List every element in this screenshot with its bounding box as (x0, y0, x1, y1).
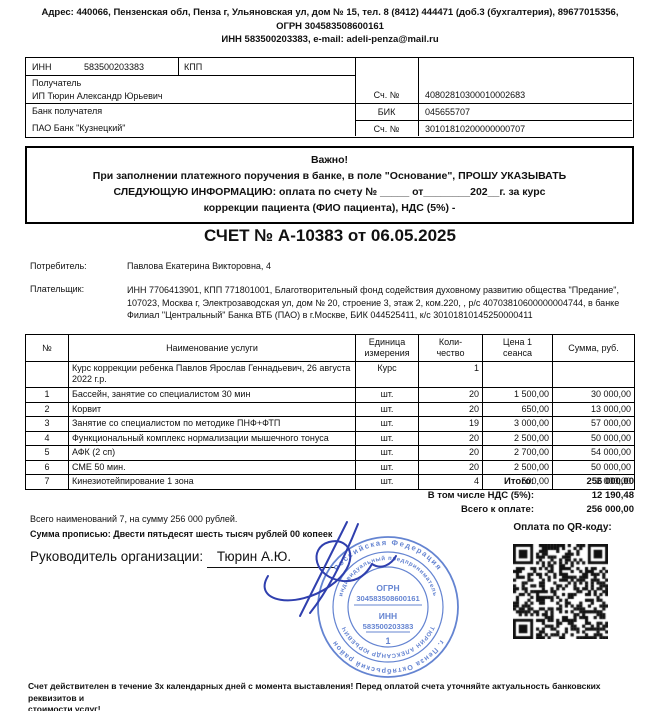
header-inn-line: ИНН 583500203383, e-mail: adeli-penza@ma… (0, 33, 660, 47)
cell-qty: 20 (419, 431, 483, 446)
svg-text:Российская Федерация: Российская Федерация (332, 538, 445, 573)
services-table-body: Курс коррекции ребенка Павлов Ярослав Ге… (26, 362, 635, 490)
header-qty: Коли- чество (419, 335, 483, 362)
notice-title: Важно! (33, 152, 626, 168)
divider (26, 75, 355, 76)
account-label-1: Сч. № (355, 90, 418, 100)
cell-num: 5 (26, 446, 69, 461)
cell-unit: шт. (356, 475, 419, 490)
cell-unit: шт. (356, 431, 419, 446)
vat-label: В том числе НДС (5%): (428, 490, 534, 504)
stamp-outer-bottom-text: г. Пенза Октябрьский район (330, 639, 447, 676)
invoice-title: СЧЕТ № А-10383 от 06.05.2025 (0, 226, 660, 246)
payer-value: ИНН 7706413901, КПП 771801001, Благотвор… (127, 284, 634, 322)
cell-sum (553, 362, 635, 388)
important-notice-box: Важно! При заполнении платежного поручен… (25, 146, 634, 224)
due-label: Всего к оплате: (461, 504, 534, 518)
table-row: 4Функциональный комплекс нормализации мы… (26, 431, 635, 446)
cell-unit: шт. (356, 460, 419, 475)
header-address-line: Адрес: 440066, Пензенская обл, Пенза г, … (0, 6, 660, 20)
footer-line: стоимости услуг! (28, 704, 634, 711)
stamp-outer-top-text: Российская Федерация (332, 538, 445, 573)
due-value: 256 000,00 (534, 504, 634, 518)
kpp-label: КПП (184, 62, 202, 72)
account-value-2: 30101810200000000707 (425, 124, 525, 134)
table-row: 1Бассейн, занятие со специалистом 30 мин… (26, 388, 635, 403)
cell-qty: 19 (419, 417, 483, 432)
cell-unit: шт. (356, 417, 419, 432)
notice-line: При заполнении платежного поручения в ба… (33, 168, 626, 184)
company-round-stamp: Российская Федерация г. Пенза Октябрьски… (314, 533, 462, 681)
cell-unit: шт. (356, 402, 419, 417)
document-header: Адрес: 440066, Пензенская обл, Пенза г, … (0, 6, 660, 47)
bik-value: 045655707 (425, 107, 470, 117)
items-summary-line: Всего наименований 7, на сумму 256 000 р… (30, 514, 237, 524)
cell-price (483, 362, 553, 388)
stamp-inner-top-text: индивидуальный предприниматель (338, 555, 438, 597)
header-name: Наименование услуги (69, 335, 356, 362)
stamp-ogrn-label: ОГРН (376, 583, 399, 593)
consumer-label: Потребитель: (30, 261, 87, 271)
recipient-label: Получатель (32, 78, 81, 88)
cell-num: 7 (26, 475, 69, 490)
stamp-inn-value: 583500203383 (363, 622, 414, 631)
inn-label: ИНН (32, 62, 51, 72)
cell-num (26, 362, 69, 388)
cell-name: Бассейн, занятие со специалистом 30 мин (69, 388, 356, 403)
cell-num: 3 (26, 417, 69, 432)
vat-value: 12 190,48 (534, 490, 634, 504)
invoice-document: Адрес: 440066, Пензенская обл, Пенза г, … (0, 0, 660, 711)
svg-text:ТЮРИН АЛЕКСАНДР ЮРЬЕВИЧ: ТЮРИН АЛЕКСАНДР ЮРЬЕВИЧ (341, 625, 434, 658)
account-label-2: Сч. № (355, 124, 418, 134)
amount-in-words: Сумма прописью: Двести пятьдесят шесть т… (30, 529, 332, 539)
cell-unit: шт. (356, 446, 419, 461)
total-row: Итого: 256 000,00 (428, 476, 634, 490)
stamp-outer-circle (318, 537, 458, 677)
table-row: 2Корвитшт.20650,0013 000,00 (26, 402, 635, 417)
footer-line: Счет действителен в течение 3х календарн… (28, 681, 634, 704)
cell-name: Функциональный комплекс нормализации мыш… (69, 431, 356, 446)
divider (178, 58, 179, 75)
total-label: Итого: (504, 476, 534, 490)
bank-requisites-table: ИНН 583500203383 КПП Получатель ИП Тюрин… (25, 57, 634, 138)
cell-price: 2 500,00 (483, 431, 553, 446)
table-row: 6СМЕ 50 мин.шт.202 500,0050 000,00 (26, 460, 635, 475)
cell-price: 1 500,00 (483, 388, 553, 403)
cell-price: 650,00 (483, 402, 553, 417)
divider (355, 120, 632, 121)
recipient-bank-name: ПАО Банк "Кузнецкий" (32, 123, 125, 133)
svg-text:индивидуальный предприниматель: индивидуальный предприниматель (338, 555, 438, 597)
consumer-value: Павлова Екатерина Викторовна, 4 (127, 261, 271, 271)
cell-sum: 57 000,00 (553, 417, 635, 432)
cell-price: 2 700,00 (483, 446, 553, 461)
services-header-row: № Наименование услуги Единица измерения … (26, 335, 635, 362)
header-sum: Сумма, руб. (553, 335, 635, 362)
table-row: Курс коррекции ребенка Павлов Ярослав Ге… (26, 362, 635, 388)
cell-name: Кинезиотейпирование 1 зона (69, 475, 356, 490)
cell-sum: 13 000,00 (553, 402, 635, 417)
director-name: Тюрин А.Ю. (207, 549, 335, 568)
stamp-number: 1 (385, 636, 390, 646)
svg-text:г. Пенза Октябрьский район: г. Пенза Октябрьский район (330, 639, 447, 676)
divider (418, 58, 419, 136)
header-num: № (26, 335, 69, 362)
total-value: 256 000,00 (534, 476, 634, 490)
cell-name: СМЕ 50 мин. (69, 460, 356, 475)
table-row: 3Занятие со специалистом по методике ПНФ… (26, 417, 635, 432)
cell-sum: 30 000,00 (553, 388, 635, 403)
cell-qty: 20 (419, 446, 483, 461)
cell-name: АФК (2 сп) (69, 446, 356, 461)
cell-name: Корвит (69, 402, 356, 417)
cell-price: 2 500,00 (483, 460, 553, 475)
cell-name: Занятие со специалистом по методике ПНФ+… (69, 417, 356, 432)
stamp-inn-label: ИНН (379, 611, 397, 621)
stamp-ogrn-value: 304583508600161 (356, 594, 420, 603)
cell-name: Курс коррекции ребенка Павлов Ярослав Ге… (69, 362, 356, 388)
account-value-1: 40802810300010002683 (425, 90, 525, 100)
divider (26, 103, 632, 104)
vat-row: В том числе НДС (5%): 12 190,48 (428, 490, 634, 504)
notice-line: коррекции пациента (ФИО пациента), НДС (… (33, 200, 626, 216)
due-row: Всего к оплате: 256 000,00 (428, 504, 634, 518)
validity-footer: Счет действителен в течение 3х календарн… (28, 681, 634, 711)
director-label: Руководитель организации: (30, 549, 203, 564)
recipient-bank-label: Банк получателя (32, 106, 102, 116)
bik-label: БИК (355, 107, 418, 117)
qr-code (513, 544, 608, 639)
table-row: 5АФК (2 сп)шт.202 700,0054 000,00 (26, 446, 635, 461)
cell-qty: 1 (419, 362, 483, 388)
stamp-mid-circle (333, 552, 443, 662)
header-ogrn-line: ОГРН 304583508600161 (0, 20, 660, 34)
header-unit: Единица измерения (356, 335, 419, 362)
cell-unit: Курс (356, 362, 419, 388)
cell-unit: шт. (356, 388, 419, 403)
payer-label: Плательщик: (30, 284, 84, 294)
qr-payment-label: Оплата по QR-коду: (505, 522, 620, 533)
director-signature-line: Руководитель организации: Тюрин А.Ю. (30, 549, 335, 568)
cell-num: 2 (26, 402, 69, 417)
cell-price: 3 000,00 (483, 417, 553, 432)
services-table: № Наименование услуги Единица измерения … (25, 334, 634, 490)
stamp-inner-circle (348, 567, 428, 647)
recipient-name: ИП Тюрин Александр Юрьевич (32, 91, 163, 101)
header-price: Цена 1 сеанса (483, 335, 553, 362)
cell-num: 1 (26, 388, 69, 403)
cell-qty: 20 (419, 402, 483, 417)
cell-num: 4 (26, 431, 69, 446)
cell-sum: 50 000,00 (553, 460, 635, 475)
cell-sum: 50 000,00 (553, 431, 635, 446)
notice-line: СЛЕДУЮЩУЮ ИНФОРМАЦИЮ: оплата по счету № … (33, 184, 626, 200)
inn-value: 583500203383 (84, 62, 144, 72)
cell-sum: 54 000,00 (553, 446, 635, 461)
cell-num: 6 (26, 460, 69, 475)
stamp-inner-bottom-text: ТЮРИН АЛЕКСАНДР ЮРЬЕВИЧ (341, 625, 434, 658)
cell-qty: 20 (419, 460, 483, 475)
cell-qty: 20 (419, 388, 483, 403)
totals-block: Итого: 256 000,00 В том числе НДС (5%): … (428, 476, 634, 518)
